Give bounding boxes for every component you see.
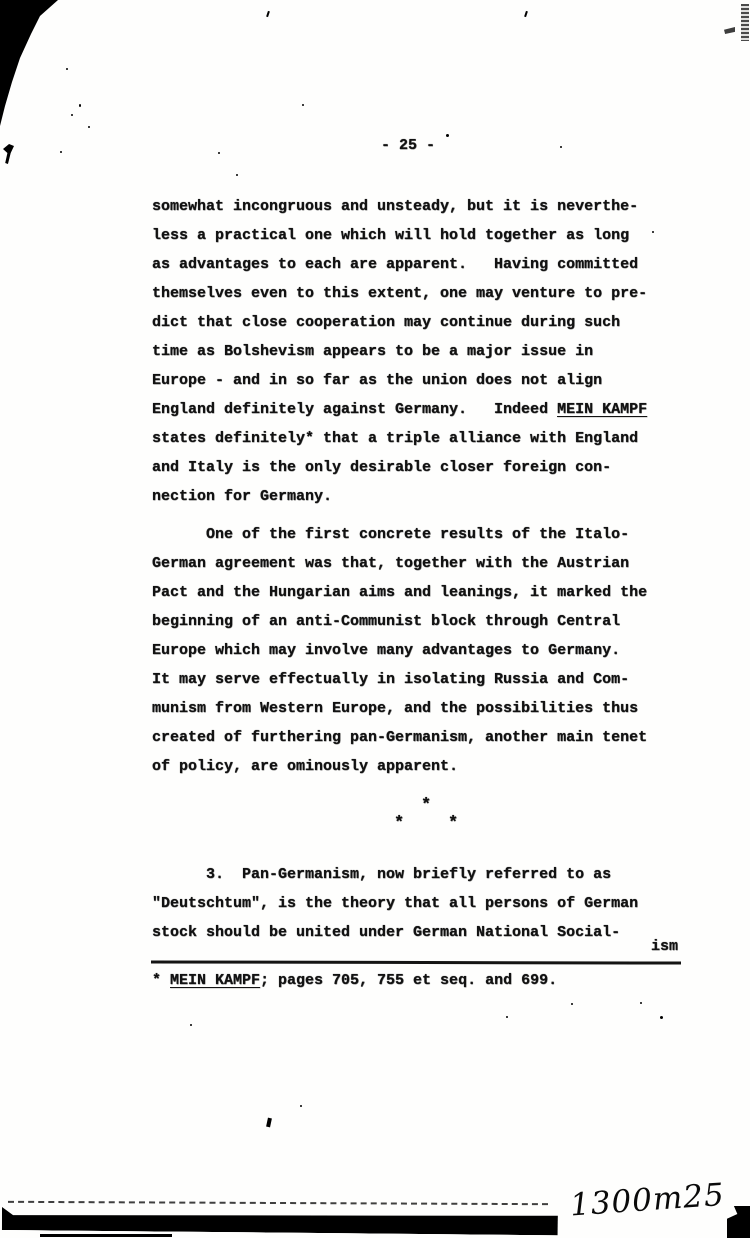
page-number: - 25 - (381, 137, 435, 154)
scan-speck (506, 1016, 508, 1018)
text-line: somewhat incongruous and unsteady, but i… (152, 192, 692, 221)
scan-speck (524, 11, 528, 17)
section-break-star-right: * (448, 814, 458, 833)
scan-speck (71, 114, 73, 116)
scan-speck (218, 152, 220, 154)
text-line: 3. Pan-Germanism, now briefly referred t… (152, 860, 692, 889)
text-line: munism from Western Europe, and the poss… (152, 694, 692, 723)
handwritten-annotation: 1300m25 (569, 1176, 731, 1223)
scan-speck (446, 134, 449, 137)
text-segment: England definitely against Germany. Inde… (152, 401, 557, 418)
footnote: * MEIN KAMPF; pages 705, 755 et seq. and… (152, 972, 557, 989)
section-break-star-left: * (394, 814, 404, 833)
scan-speck (79, 104, 81, 107)
scan-speck (660, 1016, 663, 1019)
text-line: stock should be united under German Nati… (152, 918, 692, 947)
text-line: One of the first concrete results of the… (152, 520, 692, 549)
text-line: of policy, are ominously apparent. (152, 752, 692, 781)
text-line: It may serve effectually in isolating Ru… (152, 665, 692, 694)
book-title-mein-kampf: MEIN KAMPF (557, 401, 647, 418)
book-title-mein-kampf: MEIN KAMPF (170, 972, 260, 989)
text-line: Europe which may involve many advantages… (152, 636, 692, 665)
scan-speck (266, 1118, 272, 1128)
footnote-separator-rule (151, 960, 681, 964)
text-line: German agreement was that, together with… (152, 549, 692, 578)
paragraph-3: 3. Pan-Germanism, now briefly referred t… (152, 860, 692, 947)
text-line: less a practical one which will hold tog… (152, 221, 692, 250)
text-line: beginning of an anti-Communist block thr… (152, 607, 692, 636)
paragraph-1: somewhat incongruous and unsteady, but i… (152, 192, 692, 511)
scan-speck (266, 11, 270, 17)
scan-speck (88, 126, 90, 128)
scan-artifact-right-edge-text-smudge (741, 4, 749, 41)
scan-artifact-top-left-corner (0, 0, 58, 128)
overflow-word: ism (651, 938, 678, 955)
scan-speck (300, 1105, 302, 1107)
scanned-document-page: - 25 - somewhat incongruous and unsteady… (0, 0, 750, 1238)
text-line: as advantages to each are apparent. Havi… (152, 250, 692, 279)
text-line: time as Bolshevism appears to be a major… (152, 337, 692, 366)
text-line: Pact and the Hungarian aims and leanings… (152, 578, 692, 607)
scan-artifact-right-edge-mark (724, 27, 735, 34)
scan-artifact-bottom-strip (40, 1234, 172, 1237)
scan-speck (640, 1002, 642, 1004)
scan-artifact-left-margin-mark (3, 144, 14, 164)
footnote-marker: * (152, 972, 170, 989)
text-line: states definitely* that a triple allianc… (152, 424, 692, 453)
section-break-star-top: * (421, 796, 431, 815)
scan-artifact-speckle-line (8, 1201, 548, 1205)
scan-speck (236, 174, 238, 176)
text-line: dict that close cooperation may continue… (152, 308, 692, 337)
scan-speck (60, 151, 62, 153)
text-line: Europe - and in so far as the union does… (152, 366, 692, 395)
scan-artifact-bottom-bar (2, 1207, 558, 1235)
text-line: created of furthering pan-Germanism, ano… (152, 723, 692, 752)
scan-speck (571, 1003, 573, 1005)
scan-speck (190, 1024, 192, 1026)
scan-speck (302, 104, 304, 106)
text-line: England definitely against Germany. Inde… (152, 395, 692, 424)
text-line: themselves even to this extent, one may … (152, 279, 692, 308)
scan-speck (66, 68, 68, 70)
text-line: and Italy is the only desirable closer f… (152, 453, 692, 482)
scan-speck (560, 146, 562, 148)
text-line: "Deutschtum", is the theory that all per… (152, 889, 692, 918)
text-line: nection for Germany. (152, 482, 692, 511)
footnote-text: ; pages 705, 755 et seq. and 699. (260, 972, 557, 989)
paragraph-2: One of the first concrete results of the… (152, 520, 692, 781)
